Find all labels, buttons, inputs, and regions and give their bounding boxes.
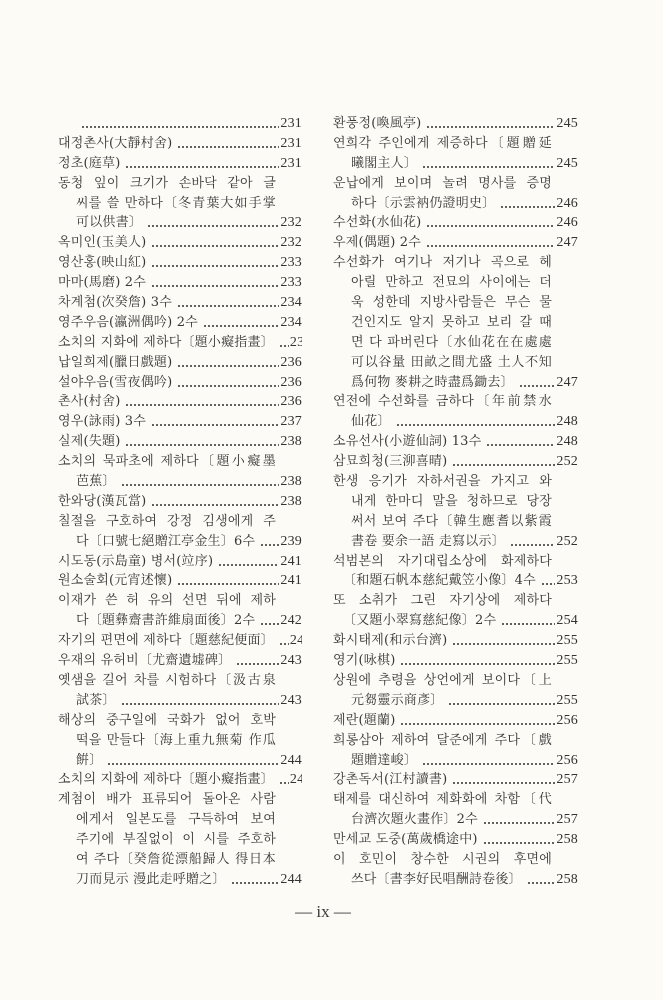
page-number: 257 bbox=[556, 770, 578, 790]
page-number: 255 bbox=[556, 691, 578, 711]
dot-leader bbox=[527, 870, 556, 890]
toc-entry: 수선화(水仙花)246 bbox=[333, 213, 578, 233]
entry-title-line: 에게서 일본도를 구득하여 보여 bbox=[58, 810, 302, 830]
toc-entry: 옛샘을 길어 차를 시험하다〔汲古泉 試茶〕243 bbox=[58, 671, 302, 711]
page-number: 244 bbox=[290, 770, 302, 790]
entry-title: 실제(失題) bbox=[58, 432, 120, 452]
entry-title: 차계첨(次癸詹) 3수 bbox=[58, 293, 172, 313]
entry-last-line: 爲何物 麥耕之時盡爲鋤去〕247 bbox=[333, 373, 578, 393]
page-number: 238 bbox=[280, 432, 302, 452]
toc-entry: 삼묘희청(三泖喜晴)252 bbox=[333, 452, 578, 472]
entry-title: 원소술회(元宵述懷) bbox=[58, 571, 172, 591]
dot-leader bbox=[260, 611, 279, 631]
page-number: 232 bbox=[280, 233, 302, 253]
entry-last-line: 試茶〕243 bbox=[58, 691, 302, 711]
entry-title-line: 해상의 중구일에 국화가 없어 호박 bbox=[58, 711, 302, 731]
dot-leader bbox=[422, 751, 555, 771]
entry-title: 옥미인(玉美人) bbox=[58, 233, 146, 253]
entry-title: 쓰다〔書李好民唱酬詩卷後〕 bbox=[351, 870, 522, 890]
toc-entry: 실제(失題)238 bbox=[58, 432, 302, 452]
dot-leader bbox=[121, 472, 280, 492]
toc-entry: 석범본의 자기대립소상에 화제하다 〔和題石帆本慈紀戴笠小像〕4수253 bbox=[333, 552, 578, 592]
entry-title: 정초(庭草) bbox=[58, 154, 120, 174]
dot-leader bbox=[177, 293, 279, 313]
dot-leader bbox=[125, 392, 279, 412]
toc-entry: 만세교 도중(萬歲橋途中)258 bbox=[333, 830, 578, 850]
page-number: 244 bbox=[280, 870, 302, 890]
toc-entry: 옥미인(玉美人)232 bbox=[58, 233, 302, 253]
page-number: 236 bbox=[280, 353, 302, 373]
toc-entry: 한생 응기가 자하서권을 가지고 와 내게 한마디 말을 청하므로 당장 써서 … bbox=[333, 472, 578, 552]
toc-entry: 231 bbox=[58, 114, 302, 134]
page-number: 239 bbox=[280, 532, 302, 552]
entry-title-line: 한생 응기가 자하서권을 가지고 와 bbox=[333, 472, 578, 492]
dot-leader bbox=[400, 711, 555, 731]
dot-leader bbox=[260, 532, 279, 552]
entry-last-line: 曦閣主人〕245 bbox=[333, 154, 578, 174]
dot-leader bbox=[426, 233, 555, 253]
dot-leader bbox=[279, 333, 289, 353]
page-number: 231 bbox=[280, 114, 302, 134]
entry-title: 書卷 要余一語 走寫以示〕 bbox=[351, 532, 505, 552]
entry-title: 납일희제(臘日戲題) bbox=[58, 353, 172, 373]
entry-last-line: 강촌독서(江村讀書)257 bbox=[333, 770, 578, 790]
entry-title: 삼묘희청(三泖喜晴) bbox=[333, 452, 447, 472]
dot-leader bbox=[203, 313, 279, 333]
toc-entry: 소치의 지화에 제하다〔題小癡指畫〕244 bbox=[58, 770, 302, 790]
toc-entry: 또 소취가 그린 자기상에 제하다 〔又題小翠寫慈紀像〕2수254 bbox=[333, 591, 578, 631]
toc-entry: 제란(題蘭)256 bbox=[333, 711, 578, 731]
dot-leader bbox=[426, 213, 555, 233]
dot-leader bbox=[279, 631, 289, 651]
dot-leader bbox=[177, 373, 279, 393]
entry-title: 만세교 도중(萬歲橋途中) bbox=[333, 830, 478, 850]
entry-title-line: 면 다 파버린다〔水仙花在在處處 bbox=[333, 333, 578, 353]
toc-entry: 해상의 중구일에 국화가 없어 호박 떡을 만들다〔海上重九無菊 作瓜 餠〕24… bbox=[58, 711, 302, 771]
entry-title: 台濟次題火畫作〕2수 bbox=[351, 810, 478, 830]
entry-title: 다〔口號七絕贈江亭金生〕6수 bbox=[76, 532, 255, 552]
page-number: 236 bbox=[280, 392, 302, 412]
toc-entry: 희롱삼아 제하여 달준에게 주다〔戲 題贈達峻〕256 bbox=[333, 731, 578, 771]
page-number: 245 bbox=[556, 114, 578, 134]
entry-title: 소치의 지화에 제하다〔題小癡指畫〕 bbox=[58, 333, 274, 353]
entry-title: 다〔題彝齋書許維扇面後〕2수 bbox=[76, 611, 255, 631]
entry-last-line: 소유선사(小遊仙詞) 13수248 bbox=[333, 432, 578, 452]
entry-title: 화시태제(和示台濟) bbox=[333, 631, 447, 651]
entry-last-line: 시도동(示島童) 병서(竝序)241 bbox=[58, 552, 302, 572]
entry-last-line: 元芻靈示商彥〕255 bbox=[333, 691, 578, 711]
entry-last-line: 〔又題小翠寫慈紀像〕2수254 bbox=[333, 611, 578, 631]
entry-title: 刀而見示 漫此走呼贈之〕 bbox=[76, 870, 226, 890]
entry-title: 환풍정(喚風亭) bbox=[333, 114, 421, 134]
dot-leader bbox=[519, 373, 556, 393]
entry-title: 강촌독서(江村讀書) bbox=[333, 770, 447, 790]
entry-last-line: 마마(馬磨) 2수233 bbox=[58, 273, 302, 293]
entry-last-line: 소치의 지화에 제하다〔題小癡指畫〕235 bbox=[58, 333, 302, 353]
page-number: 235 bbox=[290, 333, 302, 353]
page-number: 257 bbox=[556, 810, 578, 830]
entry-last-line: 정초(庭草)231 bbox=[58, 154, 302, 174]
entry-last-line: 題贈達峻〕256 bbox=[333, 751, 578, 771]
entry-last-line: 삼묘희청(三泖喜晴)252 bbox=[333, 452, 578, 472]
page-number: 252 bbox=[556, 532, 578, 552]
page-number: 231 bbox=[280, 154, 302, 174]
entry-last-line: 刀而見示 漫此走呼贈之〕244 bbox=[58, 870, 302, 890]
entry-last-line: 書卷 要余一語 走寫以示〕252 bbox=[333, 532, 578, 552]
entry-title-line: 옛샘을 길어 차를 시험하다〔汲古泉 bbox=[58, 671, 302, 691]
entry-last-line: 餠〕244 bbox=[58, 751, 302, 771]
page-number: 238 bbox=[280, 472, 302, 492]
toc-entry: 계첨이 배가 표류되어 돌아온 사람 에게서 일본도를 구득하여 보여 주기에 … bbox=[58, 790, 302, 889]
entry-title: 대정촌사(大靜村舍) bbox=[58, 134, 172, 154]
page-number: 255 bbox=[556, 631, 578, 651]
page-number: 245 bbox=[556, 154, 578, 174]
page-number: 238 bbox=[280, 492, 302, 512]
entry-last-line: 옥미인(玉美人)232 bbox=[58, 233, 302, 253]
entry-title: 설야우음(雪夜偶吟) bbox=[58, 373, 172, 393]
entry-last-line: 차계첨(次癸詹) 3수234 bbox=[58, 293, 302, 313]
toc-entry: 환풍정(喚風亭)245 bbox=[333, 114, 578, 134]
entry-title: 영우(詠雨) 3수 bbox=[58, 412, 146, 432]
entry-title: 元芻靈示商彥〕 bbox=[351, 691, 443, 711]
toc-entry: 운납에게 보이며 놀려 명사를 증명 하다〔示雲衲仍證明史〕246 bbox=[333, 174, 578, 214]
toc-entry: 이 호민이 창수한 시권의 후면에 쓰다〔書李好民唱酬詩卷後〕258 bbox=[333, 850, 578, 890]
dot-leader bbox=[236, 651, 279, 671]
dot-leader bbox=[426, 114, 555, 134]
toc-entry: 수선화가 여기나 저기나 곡으로 헤 아릴 만하고 전묘의 사이에는 더 욱 성… bbox=[333, 253, 578, 392]
entry-last-line: 실제(失題)238 bbox=[58, 432, 302, 452]
entry-title-line: 연희각 주인에게 제증하다〔題贈延 bbox=[333, 134, 578, 154]
page-number: 242 bbox=[280, 611, 302, 631]
page-number: 258 bbox=[556, 870, 578, 890]
dot-leader bbox=[81, 114, 279, 134]
toc-entry: 정초(庭草)231 bbox=[58, 154, 302, 174]
dot-leader bbox=[448, 691, 555, 711]
toc-entry: 소치의 묵파초에 제하다〔題小癡墨 芭蕉〕238 bbox=[58, 452, 302, 492]
entry-last-line: 환풍정(喚風亭)245 bbox=[333, 114, 578, 134]
entry-last-line: 231 bbox=[58, 114, 302, 134]
entry-title-line: 욱 성한데 지방사람들은 무슨 물 bbox=[333, 293, 578, 313]
toc-entry: 설야우음(雪夜偶吟)236 bbox=[58, 373, 302, 393]
toc-entry: 우재의 유허비〔尤齋遺墟碑〕243 bbox=[58, 651, 302, 671]
entry-last-line: 대정촌사(大靜村舍)231 bbox=[58, 134, 302, 154]
entry-last-line: 하다〔示雲衲仍證明史〕246 bbox=[333, 194, 578, 214]
toc-entry: 납일희제(臘日戲題)236 bbox=[58, 353, 302, 373]
toc-entry: 대정촌사(大靜村舍)231 bbox=[58, 134, 302, 154]
page-number: 246 bbox=[556, 213, 578, 233]
entry-title: 촌사(村舍) bbox=[58, 392, 120, 412]
entry-title: 마마(馬磨) 2수 bbox=[58, 273, 146, 293]
entry-title: 하다〔示雲衲仍證明史〕 bbox=[351, 194, 495, 214]
page-number: 256 bbox=[556, 711, 578, 731]
page-number: 243 bbox=[280, 691, 302, 711]
toc-left-column: 231 대정촌사(大靜村舍)231 정초(庭草)231 동청 잎이 크기가 손바… bbox=[58, 114, 302, 890]
toc-entry: 영주우음(瀛洲偶吟) 2수234 bbox=[58, 313, 302, 333]
dot-leader bbox=[151, 233, 279, 253]
dot-leader bbox=[501, 611, 555, 631]
toc-entry: 태제를 대신하여 제화화에 차함〔代 台濟次題火畫作〕2수257 bbox=[333, 790, 578, 830]
entry-last-line: 화시태제(和示台濟)255 bbox=[333, 631, 578, 651]
entry-title: 爲何物 麥耕之時盡爲鋤去〕 bbox=[351, 373, 514, 393]
toc-entry: 이재가 쓴 허 유의 선면 뒤에 제하 다〔題彝齋書許維扇面後〕2수242 bbox=[58, 591, 302, 631]
entry-last-line: 〔和題石帆本慈紀戴笠小像〕4수253 bbox=[333, 571, 578, 591]
toc-entry: 화시태제(和示台濟)255 bbox=[333, 631, 578, 651]
entry-title: 〔和題石帆本慈紀戴笠小像〕4수 bbox=[343, 571, 536, 591]
entry-last-line: 다〔題彝齋書許維扇面後〕2수242 bbox=[58, 611, 302, 631]
dot-leader bbox=[500, 194, 555, 214]
entry-last-line: 촌사(村舍)236 bbox=[58, 392, 302, 412]
page-number: 237 bbox=[280, 412, 302, 432]
entry-last-line: 납일희제(臘日戲題)236 bbox=[58, 353, 302, 373]
entry-last-line: 설야우음(雪夜偶吟)236 bbox=[58, 373, 302, 393]
dot-leader bbox=[125, 154, 279, 174]
dot-leader bbox=[231, 870, 280, 890]
entry-title-line: 여 주다〔癸詹從漂船歸人 得日本 bbox=[58, 850, 302, 870]
dot-leader bbox=[541, 571, 556, 591]
dot-leader bbox=[510, 532, 556, 552]
entry-title-line: 칠절을 구호하여 강정 김생에게 주 bbox=[58, 512, 302, 532]
entry-last-line: 仙花〕248 bbox=[333, 412, 578, 432]
entry-title: 우재의 유허비〔尤齋遺墟碑〕 bbox=[58, 651, 231, 671]
dot-leader bbox=[483, 810, 556, 830]
entry-title-line: 아릴 만하고 전묘의 사이에는 더 bbox=[333, 273, 578, 293]
toc-entry: 우제(偶題) 2수247 bbox=[333, 233, 578, 253]
toc-entry: 마마(馬磨) 2수233 bbox=[58, 273, 302, 293]
entry-title-line: 可以谷量 田畝之間尤盛 土人不知 bbox=[333, 353, 578, 373]
dot-leader bbox=[177, 571, 279, 591]
page-number: 254 bbox=[556, 611, 578, 631]
page-number: 247 bbox=[556, 373, 578, 393]
entry-last-line: 쓰다〔書李好民唱酬詩卷後〕258 bbox=[333, 870, 578, 890]
entry-last-line: 원소술회(元宵述懷)241 bbox=[58, 571, 302, 591]
entry-title-line: 씨를 쓸 만하다〔冬青葉大如手掌 bbox=[58, 194, 302, 214]
page-number: 234 bbox=[280, 293, 302, 313]
toc-entry: 촌사(村舍)236 bbox=[58, 392, 302, 412]
entry-title-line: 떡을 만들다〔海上重九無菊 作瓜 bbox=[58, 731, 302, 751]
page-number: 243 bbox=[280, 651, 302, 671]
page-number: 233 bbox=[280, 273, 302, 293]
toc-right-column: 환풍정(喚風亭)245 연희각 주인에게 제증하다〔題贈延 曦閣主人〕245 운… bbox=[333, 114, 578, 890]
entry-title-line: 건인지도 알지 못하고 보리 갈 때 bbox=[333, 313, 578, 333]
toc-entry: 연희각 주인에게 제증하다〔題贈延 曦閣主人〕245 bbox=[333, 134, 578, 174]
entry-title-line: 주기에 부질없이 이 시를 주호하 bbox=[58, 830, 302, 850]
entry-title-line: 석범본의 자기대립소상에 화제하다 bbox=[333, 552, 578, 572]
entry-title: 한와당(漢瓦當) bbox=[58, 492, 146, 512]
entry-title: 題贈達峻〕 bbox=[351, 751, 417, 771]
page-number: 256 bbox=[556, 751, 578, 771]
entry-last-line: 자기의 편면에 제하다〔題慈紀便面〕242 bbox=[58, 631, 302, 651]
page-number: 234 bbox=[280, 313, 302, 333]
entry-title-line: 소치의 묵파초에 제하다〔題小癡墨 bbox=[58, 452, 302, 472]
entry-title-line: 이 호민이 창수한 시권의 후면에 bbox=[333, 850, 578, 870]
toc-entry: 영산홍(映山紅)233 bbox=[58, 253, 302, 273]
entry-title-line: 이재가 쓴 허 유의 선면 뒤에 제하 bbox=[58, 591, 302, 611]
dot-leader bbox=[107, 751, 279, 771]
toc-entry: 영우(詠雨) 3수237 bbox=[58, 412, 302, 432]
page-number: 244 bbox=[280, 751, 302, 771]
entry-last-line: 소치의 지화에 제하다〔題小癡指畫〕244 bbox=[58, 770, 302, 790]
entry-title: 曦閣主人〕 bbox=[351, 154, 417, 174]
toc-entry: 영기(咏棋)255 bbox=[333, 651, 578, 671]
entry-title-line: 동청 잎이 크기가 손바닥 같아 글 bbox=[58, 174, 302, 194]
entry-last-line: 芭蕉〕238 bbox=[58, 472, 302, 492]
entry-title: 試茶〕 bbox=[76, 691, 116, 711]
page-number: 241 bbox=[280, 552, 302, 572]
entry-title: 시도동(示島童) 병서(竝序) bbox=[58, 552, 213, 572]
entry-title-line: 연전에 수선화를 금하다〔年前禁水 bbox=[333, 392, 578, 412]
dot-leader bbox=[151, 492, 279, 512]
dot-leader bbox=[151, 273, 279, 293]
dot-leader bbox=[486, 432, 555, 452]
dot-leader bbox=[400, 651, 555, 671]
dot-leader bbox=[121, 691, 280, 711]
book-page: 231 대정촌사(大靜村舍)231 정초(庭草)231 동청 잎이 크기가 손바… bbox=[0, 0, 663, 1000]
entry-last-line: 우재의 유허비〔尤齋遺墟碑〕243 bbox=[58, 651, 302, 671]
dot-leader bbox=[177, 134, 279, 154]
entry-title: 영기(咏棋) bbox=[333, 651, 395, 671]
page-number: 241 bbox=[280, 571, 302, 591]
page-number: 232 bbox=[280, 213, 302, 233]
entry-title-line: 희롱삼아 제하여 달준에게 주다〔戲 bbox=[333, 731, 578, 751]
dot-leader bbox=[483, 830, 556, 850]
entry-title: 餠〕 bbox=[76, 751, 102, 771]
toc-entry: 차계첨(次癸詹) 3수234 bbox=[58, 293, 302, 313]
entry-title: 〔又題小翠寫慈紀像〕2수 bbox=[343, 611, 496, 631]
entry-title-line: 운납에게 보이며 놀려 명사를 증명 bbox=[333, 174, 578, 194]
entry-title: 소유선사(小遊仙詞) 13수 bbox=[333, 432, 481, 452]
dot-leader bbox=[452, 631, 555, 651]
toc-entry: 연전에 수선화를 금하다〔年前禁水 仙花〕248 bbox=[333, 392, 578, 432]
toc-entry: 강촌독서(江村讀書)257 bbox=[333, 770, 578, 790]
entry-title: 영주우음(瀛洲偶吟) 2수 bbox=[58, 313, 198, 333]
entry-title: 소치의 지화에 제하다〔題小癡指畫〕 bbox=[58, 770, 274, 790]
entry-last-line: 영우(詠雨) 3수237 bbox=[58, 412, 302, 432]
entry-last-line: 수선화(水仙花)246 bbox=[333, 213, 578, 233]
page-number: 231 bbox=[280, 134, 302, 154]
entry-title: 자기의 편면에 제하다〔題慈紀便面〕 bbox=[58, 631, 274, 651]
entry-title: 영산홍(映山紅) bbox=[58, 253, 146, 273]
entry-last-line: 다〔口號七絕贈江亭金生〕6수239 bbox=[58, 532, 302, 552]
dot-leader bbox=[151, 412, 279, 432]
entry-title: 可以供書〕 bbox=[76, 213, 142, 233]
dot-leader bbox=[452, 452, 555, 472]
page-number: 233 bbox=[280, 253, 302, 273]
entry-title: 수선화(水仙花) bbox=[333, 213, 421, 233]
entry-last-line: 台濟次題火畫作〕2수257 bbox=[333, 810, 578, 830]
dot-leader bbox=[177, 353, 279, 373]
page-number: 258 bbox=[556, 830, 578, 850]
toc-entry: 소치의 지화에 제하다〔題小癡指畫〕235 bbox=[58, 333, 302, 353]
toc-entry: 소유선사(小遊仙詞) 13수248 bbox=[333, 432, 578, 452]
entry-last-line: 우제(偶題) 2수247 bbox=[333, 233, 578, 253]
page-number: 252 bbox=[556, 452, 578, 472]
entry-last-line: 제란(題蘭)256 bbox=[333, 711, 578, 731]
entry-title-line: 계첨이 배가 표류되어 돌아온 사람 bbox=[58, 790, 302, 810]
toc-entry: 자기의 편면에 제하다〔題慈紀便面〕242 bbox=[58, 631, 302, 651]
toc-entry: 동청 잎이 크기가 손바닥 같아 글 씨를 쓸 만하다〔冬青葉大如手掌 可以供書… bbox=[58, 174, 302, 234]
entry-title: 仙花〕 bbox=[351, 412, 391, 432]
entry-title-line: 내게 한마디 말을 청하므로 당장 bbox=[333, 492, 578, 512]
entry-title-line: 수선화가 여기나 저기나 곡으로 헤 bbox=[333, 253, 578, 273]
page-number: 255 bbox=[556, 651, 578, 671]
entry-title-line: 써서 보여 주다〔韓生應耆以紫霞 bbox=[333, 512, 578, 532]
toc-entry: 한와당(漢瓦當)238 bbox=[58, 492, 302, 512]
page-number: 246 bbox=[556, 194, 578, 214]
entry-last-line: 영주우음(瀛洲偶吟) 2수234 bbox=[58, 313, 302, 333]
entry-last-line: 영기(咏棋)255 bbox=[333, 651, 578, 671]
entry-title-line: 태제를 대신하여 제화화에 차함〔代 bbox=[333, 790, 578, 810]
page-folio: — ix — bbox=[0, 902, 646, 922]
dot-leader bbox=[452, 770, 555, 790]
entry-title: 芭蕉〕 bbox=[76, 472, 116, 492]
entry-title: 우제(偶題) 2수 bbox=[333, 233, 421, 253]
entry-title: 제란(題蘭) bbox=[333, 711, 395, 731]
dot-leader bbox=[422, 154, 555, 174]
dot-leader bbox=[151, 253, 279, 273]
dot-leader bbox=[125, 432, 279, 452]
page-number: 242 bbox=[290, 631, 302, 651]
page-number: 248 bbox=[556, 432, 578, 452]
entry-title-line: 상원에 추령을 상언에게 보이다〔上 bbox=[333, 671, 578, 691]
toc-entry: 시도동(示島童) 병서(竝序)241 bbox=[58, 552, 302, 572]
dot-leader bbox=[279, 770, 289, 790]
entry-last-line: 可以供書〕232 bbox=[58, 213, 302, 233]
dot-leader bbox=[396, 412, 556, 432]
toc-entry: 칠절을 구호하여 강정 김생에게 주 다〔口號七絕贈江亭金生〕6수239 bbox=[58, 512, 302, 552]
entry-title-line: 또 소취가 그린 자기상에 제하다 bbox=[333, 591, 578, 611]
page-number: 253 bbox=[556, 571, 578, 591]
page-number: 247 bbox=[556, 233, 578, 253]
entry-last-line: 영산홍(映山紅)233 bbox=[58, 253, 302, 273]
entry-last-line: 만세교 도중(萬歲橋途中)258 bbox=[333, 830, 578, 850]
toc-entry: 원소술회(元宵述懷)241 bbox=[58, 571, 302, 591]
toc-entry: 상원에 추령을 상언에게 보이다〔上 元芻靈示商彥〕255 bbox=[333, 671, 578, 711]
dot-leader bbox=[147, 213, 279, 233]
page-number: 236 bbox=[280, 373, 302, 393]
page-number: 248 bbox=[556, 412, 578, 432]
entry-last-line: 한와당(漢瓦當)238 bbox=[58, 492, 302, 512]
dot-leader bbox=[218, 552, 279, 572]
